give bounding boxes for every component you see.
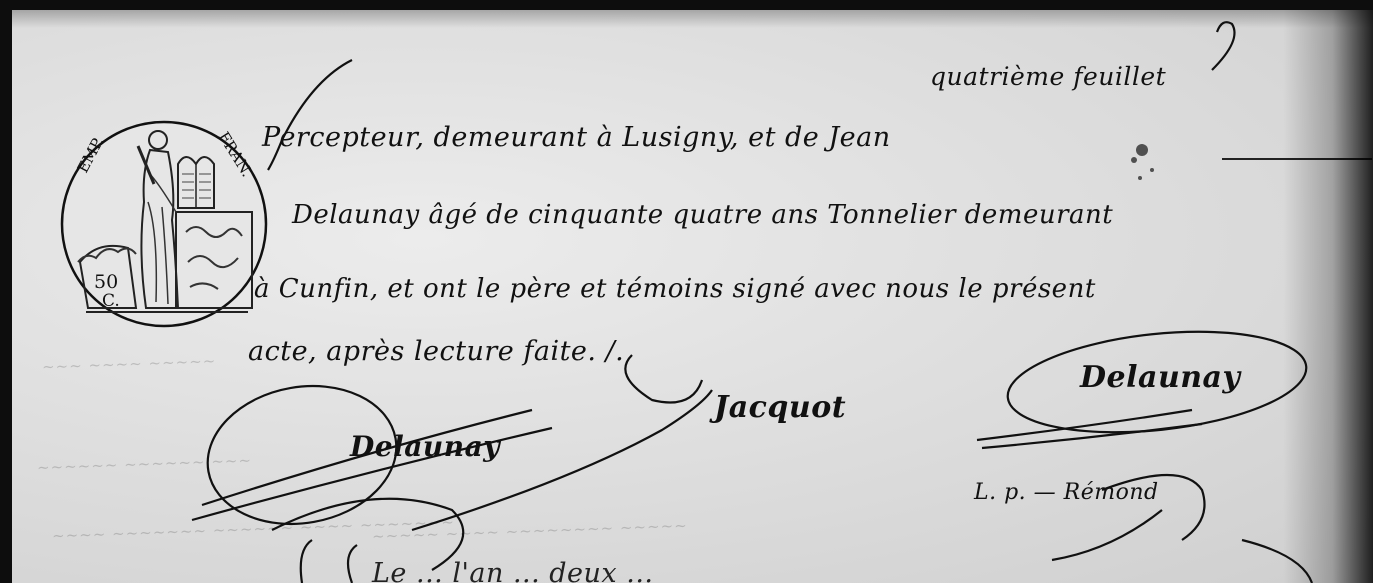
page-header-note: quatrième feuillet: [930, 62, 1166, 91]
stamp-value: 50: [94, 271, 118, 293]
officer-note: L. p. — Rémond: [974, 480, 1159, 505]
document-page: ~~~ ~~~~ ~~~~~ ~~~~~~ ~~~~~~ ~~~ ~~~~ ~~…: [12, 10, 1373, 583]
tax-stamp: EMP. FRAN. 50 C.: [58, 112, 270, 334]
line-end-rule: [1222, 158, 1372, 160]
signature-delaunay-left: Delaunay: [350, 430, 500, 463]
text-line-3: à Cunfin, et ont le père et témoins sign…: [254, 274, 1096, 304]
text-line-2: Delaunay âgé de cinquante quatre ans Ton…: [292, 200, 1113, 230]
text-line-1: Percepteur, demeurant à Lusigny, et de J…: [262, 122, 891, 153]
text-line-partial: Le ... l'an ... deux ...: [372, 558, 654, 583]
signature-jacquot: Jacquot: [714, 390, 846, 425]
bleed-through-text: ~~~ ~~~~ ~~~~~: [42, 352, 217, 376]
bleed-through-text: ~~~~~~ ~~~~~~ ~~~: [37, 451, 253, 476]
stamp-seal-icon: EMP. FRAN. 50 C.: [58, 112, 270, 334]
signature-delaunay-right: Delaunay: [1080, 360, 1240, 395]
text-line-4: acte, après lecture faite. /.: [248, 336, 624, 367]
stamp-unit: C.: [102, 291, 120, 311]
scan-shadow: [12, 10, 1373, 28]
